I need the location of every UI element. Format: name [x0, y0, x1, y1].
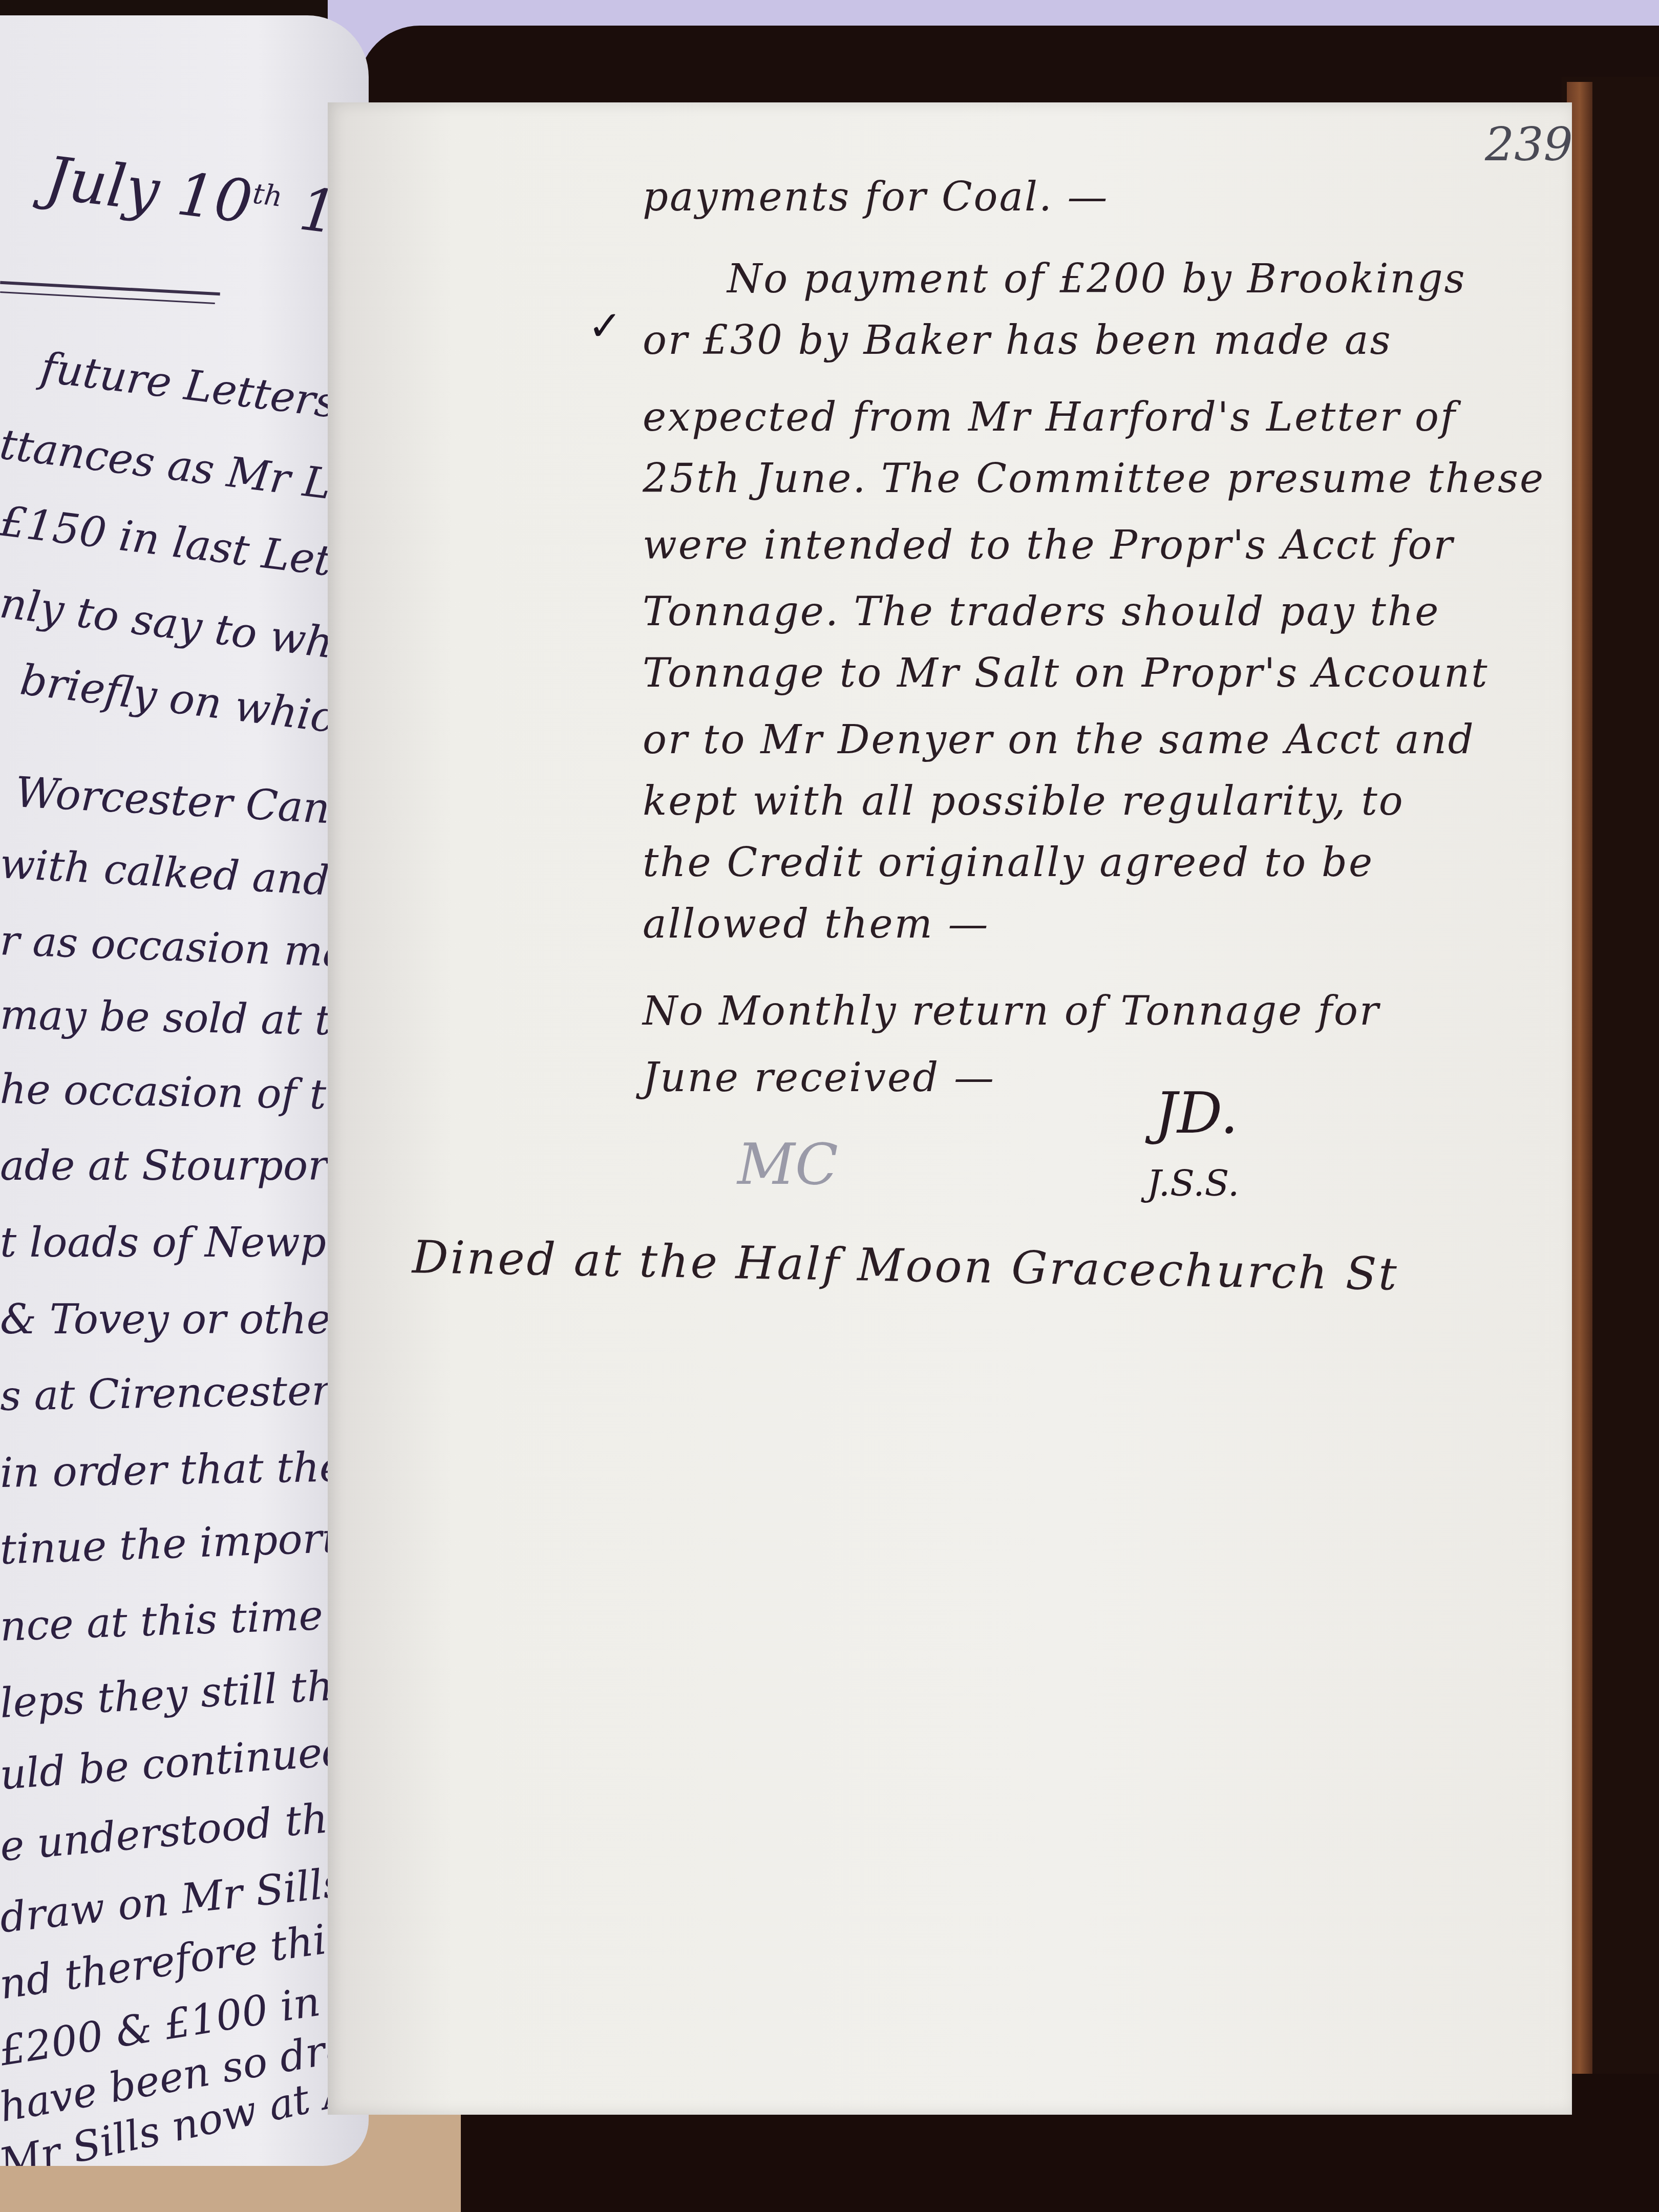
left-line: leps they still think	[0, 1658, 369, 1727]
left-line: briefly on which Acco	[17, 655, 369, 760]
right-line: expected from Mr Harford's Letter of	[643, 394, 1457, 440]
left-line: t loads of Newport	[0, 1219, 369, 1266]
left-line: s at Cirencester for	[0, 1365, 369, 1420]
right-line: 25th June. The Committee presume these	[643, 456, 1545, 502]
date-day: 10	[173, 160, 256, 237]
left-line: he occasion of the fall	[0, 1065, 369, 1121]
left-line: ade at Stourport.	[0, 1142, 357, 1189]
right-line: No Monthly return of Tonnage for	[643, 988, 1380, 1034]
left-line: Worcester Canal rema	[14, 768, 369, 842]
left-line: r as occasion may re	[0, 917, 369, 979]
left-line: & Tovey or other	[0, 1295, 350, 1343]
right-line: allowed them —	[643, 901, 990, 947]
right-line: No payment of £200 by Brookings	[727, 256, 1466, 302]
right-line: the Credit originally agreed to be	[643, 840, 1374, 886]
left-line: future Letters to Mr	[38, 343, 369, 444]
right-line: kept with all possible regularity, to	[643, 778, 1405, 824]
left-line: nce at this time	[0, 1591, 324, 1650]
left-line: may be sold at their	[0, 991, 369, 1046]
left-line: tinue the importatio	[0, 1512, 369, 1573]
initials-secondary: J.S.S.	[1147, 1162, 1239, 1204]
left-page: July 10th 1804 future Letters to Mr ttan…	[0, 15, 369, 2166]
right-line: June received —	[643, 1055, 995, 1101]
left-line: in order that the	[0, 1443, 344, 1497]
right-line-heading: payments for Coal. —	[643, 174, 1109, 220]
right-line: Tonnage. The traders should pay the	[643, 589, 1440, 635]
left-line: e understood that	[0, 1791, 369, 1870]
date-suffix: th	[251, 177, 284, 213]
pencil-note: MC	[737, 1132, 838, 1197]
page-number: 239	[1485, 118, 1573, 172]
check-mark-icon: ✓	[588, 302, 622, 350]
right-line: or to Mr Denyer on the same Acct and	[643, 717, 1475, 763]
right-line: Tonnage to Mr Salt on Propr's Account	[643, 650, 1489, 696]
left-line: with calked and roo	[0, 840, 369, 909]
left-line: £150 in last Letter,	[0, 497, 369, 594]
initials-monogram: JD.	[1155, 1080, 1238, 1146]
date-heading: July 10th 1804	[42, 143, 369, 261]
right-line: were intended to the Propr's Acct for	[643, 522, 1454, 568]
right-line: or £30 by Baker has been made as	[643, 317, 1392, 364]
date-month: July	[42, 143, 163, 225]
left-line: uld be continued -	[0, 1725, 369, 1799]
